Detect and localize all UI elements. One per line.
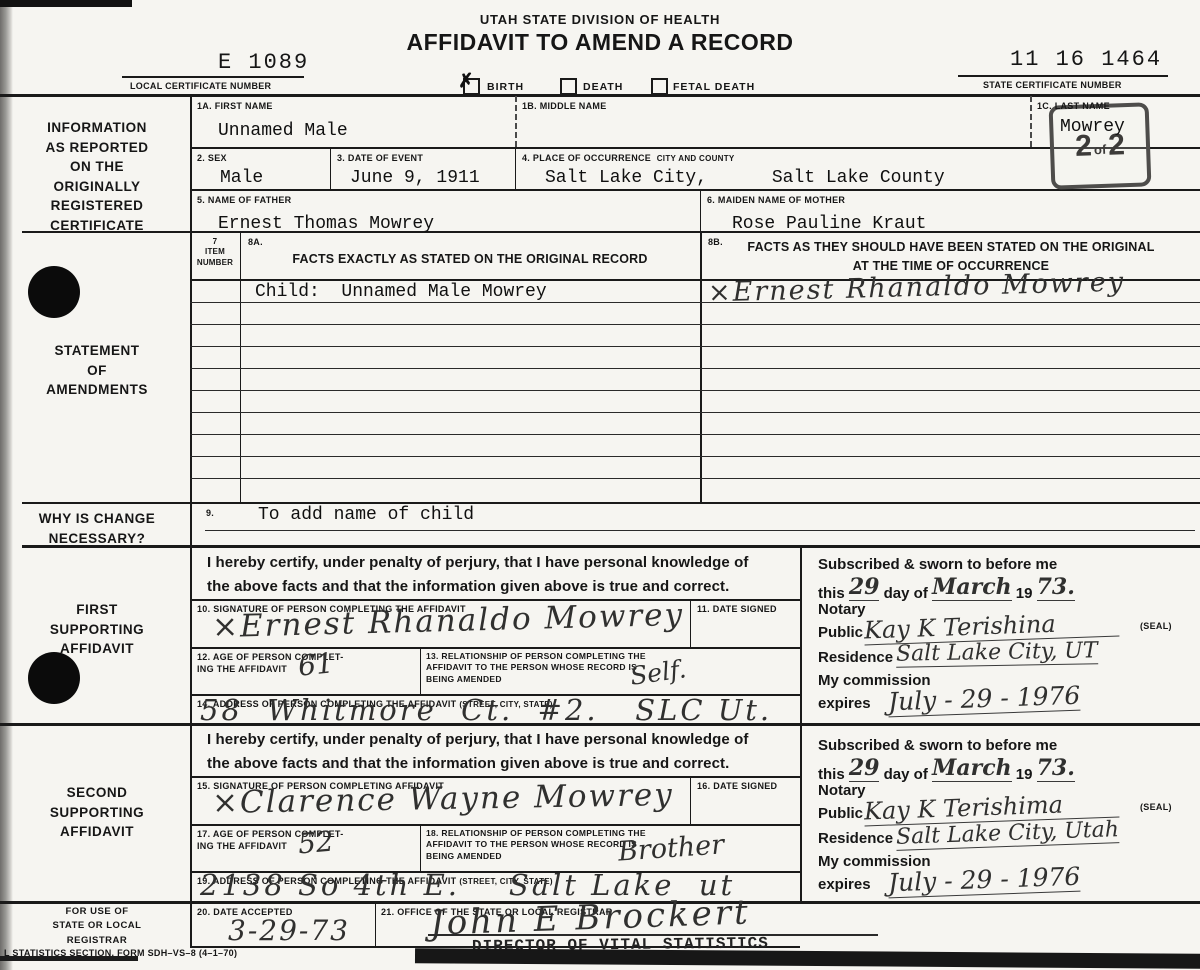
amendment-row-line (190, 302, 1200, 303)
residence-label-1: Residence (818, 649, 893, 666)
grid-line (22, 545, 1200, 548)
sidebar-first-affidavit-label: FIRST SUPPORTING AFFIDAVIT (14, 600, 180, 659)
expires-label-1: expires (818, 695, 871, 712)
notary-dayof-label: day of (884, 585, 928, 602)
expires-handwriting-1: July - 29 - 1976 (888, 681, 1081, 718)
grid-line (190, 94, 192, 946)
father-name-label: 5. NAME OF FATHER (197, 194, 291, 206)
grid-line (420, 824, 421, 871)
scan-edge-left (0, 0, 13, 970)
grid-line (330, 147, 331, 189)
why-value: To add name of child (258, 505, 474, 525)
grid-line (190, 189, 1200, 191)
relationship-handwriting-2: Brother (617, 829, 725, 867)
notary-month-handwriting-2: March (932, 755, 1012, 782)
date-signed-label-1: 11. DATE SIGNED (697, 603, 777, 615)
col-8a-number: 8A. (248, 236, 263, 248)
date-of-event-value: June 9, 1911 (350, 168, 480, 188)
divider (122, 76, 304, 78)
seal-label-2: (SEAL) (1140, 801, 1172, 813)
mother-name-label: 6. MAIDEN NAME OF MOTHER (707, 194, 845, 206)
father-name-value: Ernest Thomas Mowrey (218, 214, 434, 234)
birth-checkbox-mark: ✗ (457, 69, 474, 93)
sidebar-statement-label: STATEMENT OF AMENDMENTS (14, 341, 180, 400)
divider (958, 75, 1168, 77)
relationship-label-2: 18. RELATIONSHIP OF PERSON COMPLETING TH… (426, 828, 646, 862)
place-label-sub: CITY AND COUNTY (657, 154, 735, 163)
punch-hole-bottom (28, 652, 80, 704)
death-checkbox-label: DEATH (583, 81, 623, 93)
grid-line (515, 96, 517, 147)
notary-month-handwriting-1: March (932, 574, 1012, 601)
date-of-event-label: 3. DATE OF EVENT (337, 152, 423, 164)
date-accepted-handwriting: 3-29-73 (228, 914, 350, 947)
age-handwriting-2: 52 (297, 825, 335, 861)
amendment-row-line (190, 412, 1200, 413)
notary-year-handwriting-1: 73. (1037, 574, 1075, 601)
grid-line (190, 599, 800, 601)
amendment-row-line (190, 478, 1200, 479)
item-number-header: 7 ITEM NUMBER (190, 237, 240, 268)
amendment-row-line (190, 368, 1200, 369)
middle-name-label: 1B. MIDDLE NAME (522, 100, 607, 112)
scan-mark-top-left (0, 0, 132, 7)
state-certificate-label: STATE CERTIFICATE NUMBER (983, 79, 1122, 91)
local-certificate-number: E 1089 (218, 50, 309, 75)
grid-line (240, 231, 241, 502)
sidebar-second-affidavit-label: SECOND SUPPORTING AFFIDAVIT (14, 783, 180, 842)
expires-handwriting-2: July - 29 - 1976 (888, 862, 1081, 899)
notary-subscribed-line-2: Subscribed & sworn to before me (818, 737, 1057, 754)
mother-name-value: Rose Pauline Kraut (732, 214, 926, 234)
fetal-death-checkbox-label: FETAL DEATH (673, 81, 755, 93)
grid-line (700, 189, 701, 231)
col-8b-title: FACTS AS THEY SHOULD HAVE BEEN STATED ON… (702, 238, 1200, 276)
last-name-value: Mowrey (1060, 117, 1125, 137)
birth-checkbox-label: BIRTH (487, 81, 524, 93)
grid-line (205, 530, 1195, 531)
place-label-main: 4. PLACE OF OCCURRENCE (522, 153, 651, 163)
notary-year-handwriting-2: 73. (1037, 755, 1075, 782)
notary-subscribed-line-1: Subscribed & sworn to before me (818, 556, 1057, 573)
expires-label-2: expires (818, 876, 871, 893)
notary-public-label-2: Public (818, 805, 863, 822)
residence-handwriting-1: Salt Lake City, UT (896, 638, 1098, 668)
sidebar-registrar-use-label: FOR USE OF STATE OR LOCAL REGISTRAR (14, 905, 180, 948)
agency-name: UTAH STATE DIVISION OF HEALTH (0, 12, 1200, 27)
amendment-row-line (190, 456, 1200, 457)
grid-line (190, 647, 800, 649)
relationship-handwriting-1: Self. (628, 654, 688, 691)
scan-edge-bottom (415, 948, 1200, 969)
notary-this-label: this (818, 766, 845, 783)
scan-edge-bottom-left (0, 956, 138, 961)
first-name-label: 1A. FIRST NAME (197, 100, 273, 112)
grid-line (0, 94, 1200, 97)
grid-line (515, 147, 516, 189)
amendment-row-line (190, 390, 1200, 391)
notary-public-label-1: Public (818, 624, 863, 641)
grid-line (690, 776, 691, 824)
sidebar-why-label: WHY IS CHANGE NECESSARY? (14, 509, 180, 548)
last-name-label: 1C. LAST NAME (1037, 100, 1110, 112)
local-certificate-label: LOCAL CERTIFICATE NUMBER (130, 80, 271, 92)
amendment-row-line (190, 346, 1200, 347)
relationship-label-1: 13. RELATIONSHIP OF PERSON COMPLETING TH… (426, 651, 646, 685)
amendment-original-value: Child: Unnamed Male Mowrey (255, 282, 547, 302)
notary-day-handwriting-1: 29 (849, 574, 880, 601)
age-handwriting-1: 61 (296, 646, 335, 683)
sex-label: 2. SEX (197, 152, 227, 164)
col-8a-title: FACTS EXACTLY AS STATED ON THE ORIGINAL … (240, 250, 700, 269)
signature-handwriting-2: ×Clarence Wayne Mowrey (212, 777, 674, 821)
grid-line (375, 901, 376, 946)
grid-line (690, 599, 691, 647)
certify-statement-1: I hereby certify, under penalty of perju… (207, 551, 792, 599)
sidebar-info-label: INFORMATION AS REPORTED ON THE ORIGINALL… (14, 118, 180, 235)
notary-day-handwriting-2: 29 (849, 755, 880, 782)
grid-line (190, 147, 1200, 149)
grid-line (1030, 96, 1032, 147)
amendment-row-line (190, 324, 1200, 325)
grid-line (190, 824, 800, 826)
fetal-death-checkbox (651, 78, 668, 95)
sex-value: Male (220, 168, 263, 188)
date-signed-label-2: 16. DATE SIGNED (697, 780, 777, 792)
why-number: 9. (206, 507, 214, 519)
seal-label-1: (SEAL) (1140, 620, 1172, 632)
death-checkbox (560, 78, 577, 95)
notary-label-2: Notary (818, 782, 866, 799)
grid-line (190, 776, 800, 778)
page-2of2-stamp: 2 of 2 (1049, 102, 1152, 189)
grid-line (22, 231, 1200, 233)
place-of-occurrence-label: 4. PLACE OF OCCURRENCE CITY AND COUNTY (522, 152, 735, 165)
notary-dayof-label: day of (884, 766, 928, 783)
amendment-row-line (190, 434, 1200, 435)
stamp-of: of (1094, 141, 1107, 156)
certify-statement-2: I hereby certify, under penalty of perju… (207, 728, 792, 776)
punch-hole-top (28, 266, 80, 318)
grid-line (420, 647, 421, 694)
notary-19-label: 19 (1016, 766, 1033, 783)
notary-19-label: 19 (1016, 585, 1033, 602)
state-certificate-number: 11 16 1464 (1010, 47, 1162, 72)
notary-this-label: this (818, 585, 845, 602)
first-name-value: Unnamed Male (218, 121, 348, 141)
address-handwriting-1: 58 Whitmore Ct. #2. SLC Ut. (200, 693, 772, 727)
notary-label-1: Notary (818, 601, 866, 618)
residence-label-2: Residence (818, 830, 893, 847)
grid-line (22, 502, 1200, 504)
place-of-occurrence-value: Salt Lake City, Salt Lake County (545, 168, 945, 188)
scanned-affidavit-form: UTAH STATE DIVISION OF HEALTH AFFIDAVIT … (0, 0, 1200, 970)
